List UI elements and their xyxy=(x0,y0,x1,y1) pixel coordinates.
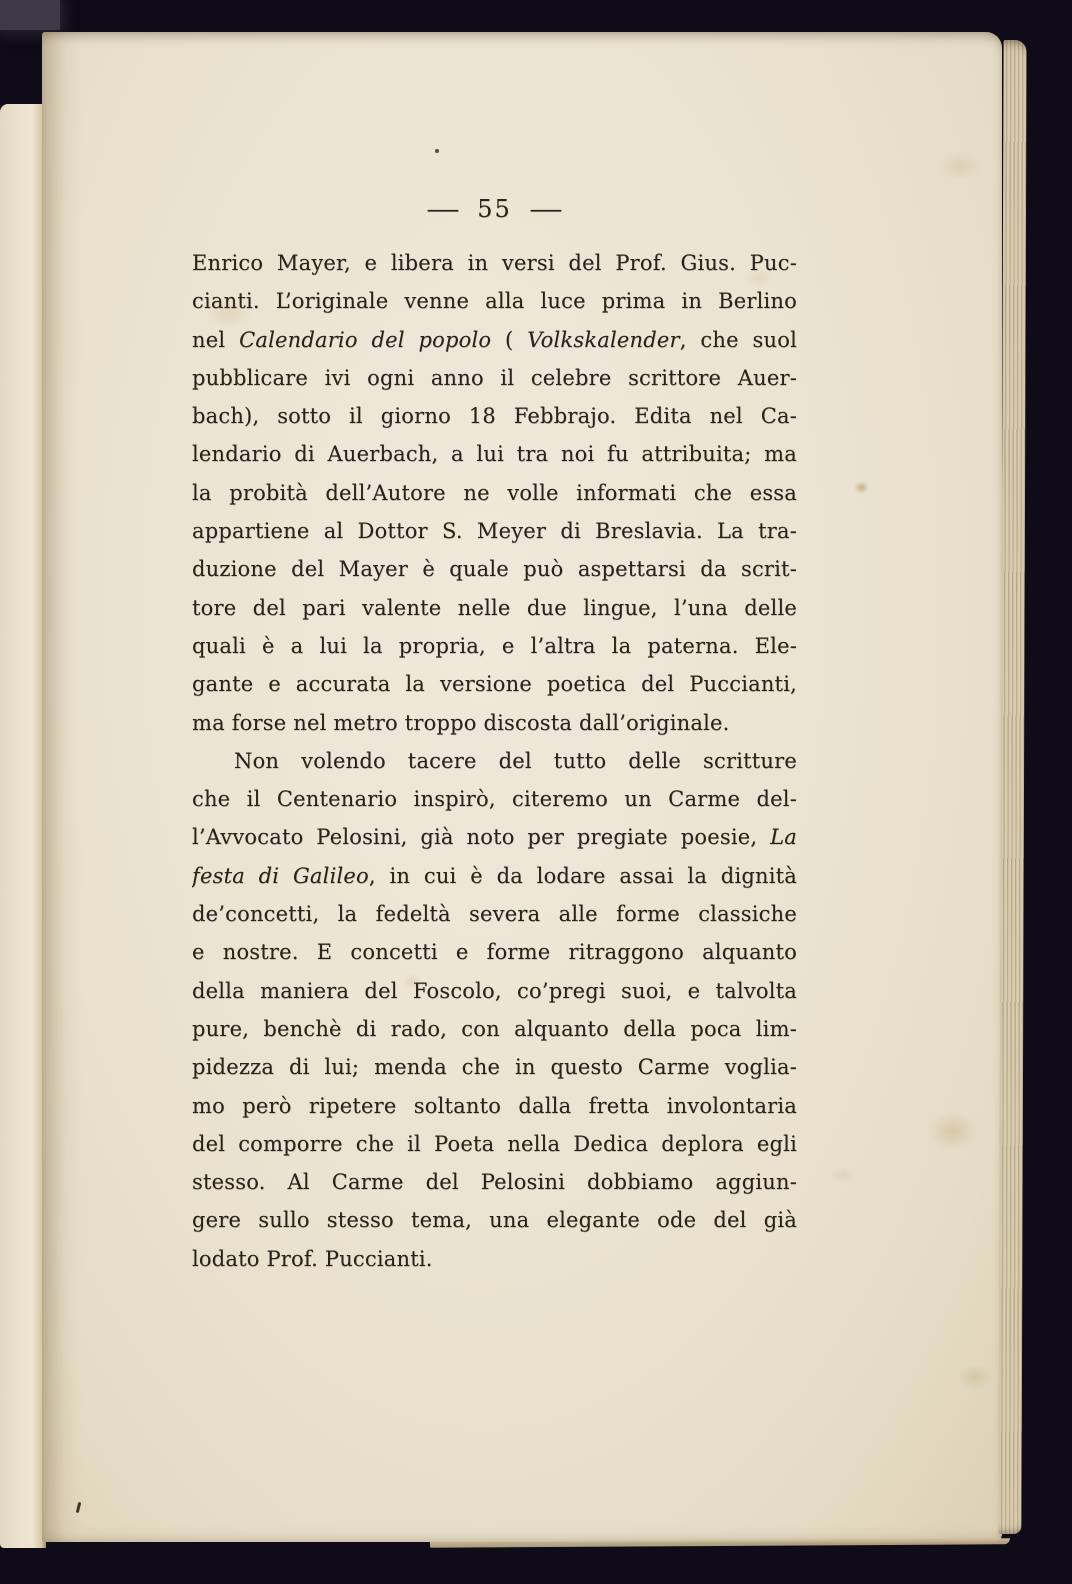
text-segment: ( xyxy=(491,328,527,352)
text-segment: quali è a lui la propria, e l’altra la p… xyxy=(192,634,797,658)
book-page: —55— Enrico Mayer, e libera in versi del… xyxy=(42,32,1002,1542)
page-body-text: Enrico Mayer, e libera in versi del Prof… xyxy=(192,244,797,1278)
book-scan: —55— Enrico Mayer, e libera in versi del… xyxy=(0,0,1072,1584)
text-segment: tore del pari valente nelle due lingue, … xyxy=(192,596,797,620)
page-number-left-dash: — xyxy=(426,194,460,224)
text-line-5: bach), sotto il giorno 18 Febbrajo. Edit… xyxy=(192,397,797,435)
text-line-2: cianti. L’originale venne alla luce prim… xyxy=(192,282,797,320)
text-line-9: duzione del Mayer è quale può aspettarsi… xyxy=(192,550,797,588)
text-line-19: e nostre. E concetti e forme ritraggono … xyxy=(192,933,797,971)
text-line-1: Enrico Mayer, e libera in versi del Prof… xyxy=(192,244,797,282)
page-number: —55— xyxy=(192,194,797,224)
facing-page-edge xyxy=(0,104,46,1548)
text-line-12: gante e accurata la versione poetica del… xyxy=(192,665,797,703)
text-segment: l’Avvocato Pelosini, già noto per pregia… xyxy=(192,825,770,849)
text-segment: lendario di Auerbach, a lui tra noi fu a… xyxy=(192,442,797,466)
text-segment: la probità dell’Autore ne volle informat… xyxy=(192,481,797,505)
text-line-25: stesso. Al Carme del Pelosini dobbiamo a… xyxy=(192,1163,797,1201)
text-line-18: de’concetti, la fedeltà severa alle form… xyxy=(192,895,797,933)
text-line-22: pidezza di lui; menda che in questo Carm… xyxy=(192,1048,797,1086)
text-segment: che il Centenario inspirò, citeremo un C… xyxy=(192,787,797,811)
text-segment: duzione del Mayer è quale può aspettarsi… xyxy=(192,557,797,581)
text-line-11: quali è a lui la propria, e l’altra la p… xyxy=(192,627,797,665)
text-segment: Non volendo tacere del tutto delle scrit… xyxy=(234,749,797,773)
text-line-21: pure, benchè di rado, con alquanto della… xyxy=(192,1010,797,1048)
text-segment: del comporre che il Poeta nella Dedica d… xyxy=(192,1132,797,1156)
text-line-16: l’Avvocato Pelosini, già noto per pregia… xyxy=(192,818,797,856)
text-segment: nel xyxy=(192,328,239,352)
text-segment: gere sullo stesso tema, una elegante ode… xyxy=(192,1208,797,1232)
text-segment: cianti. L’originale venne alla luce prim… xyxy=(192,289,797,313)
text-segment: pidezza di lui; menda che in questo Carm… xyxy=(192,1055,797,1079)
text-line-10: tore del pari valente nelle due lingue, … xyxy=(192,589,797,627)
italic-text-segment: Volkskalender xyxy=(527,328,680,352)
text-line-23: mo però ripetere soltanto dalla fretta i… xyxy=(192,1087,797,1125)
text-line-20: della maniera del Foscolo, co’pregi suoi… xyxy=(192,972,797,1010)
text-line-26: gere sullo stesso tema, una elegante ode… xyxy=(192,1201,797,1239)
text-line-4: pubblicare ivi ogni anno il celebre scri… xyxy=(192,359,797,397)
page-number-right-dash: — xyxy=(529,194,563,224)
italic-text-segment: festa di Galileo xyxy=(192,864,369,888)
text-segment: pubblicare ivi ogni anno il celebre scri… xyxy=(192,366,797,390)
text-segment: bach), sotto il giorno 18 Febbrajo. Edit… xyxy=(192,404,797,428)
italic-text-segment: Calendario del popolo xyxy=(239,328,491,352)
text-line-14: Non volendo tacere del tutto delle scrit… xyxy=(192,742,797,780)
text-segment: stesso. Al Carme del Pelosini dobbiamo a… xyxy=(192,1170,797,1194)
text-segment: , in cui è da lodare assai la dignità xyxy=(369,864,797,888)
italic-text-segment: La xyxy=(770,825,797,849)
text-line-8: appartiene al Dottor S. Meyer di Breslav… xyxy=(192,512,797,550)
text-line-17: festa di Galileo, in cui è da lodare ass… xyxy=(192,857,797,895)
text-segment: appartiene al Dottor S. Meyer di Breslav… xyxy=(192,519,797,543)
text-segment: pure, benchè di rado, con alquanto della… xyxy=(192,1017,797,1041)
text-line-24: del comporre che il Poeta nella Dedica d… xyxy=(192,1125,797,1163)
page-number-value: 55 xyxy=(477,194,512,224)
text-segment: lodato Prof. Puccianti. xyxy=(192,1247,433,1271)
text-line-6: lendario di Auerbach, a lui tra noi fu a… xyxy=(192,435,797,473)
text-segment: ma forse nel metro troppo discosta dall’… xyxy=(192,711,730,735)
text-line-13: ma forse nel metro troppo discosta dall’… xyxy=(192,704,797,742)
text-line-15: che il Centenario inspirò, citeremo un C… xyxy=(192,780,797,818)
page-edges-right xyxy=(998,40,1026,1534)
text-segment: gante e accurata la versione poetica del… xyxy=(192,672,797,696)
text-line-27: lodato Prof. Puccianti. xyxy=(192,1240,797,1278)
text-segment: Enrico Mayer, e libera in versi del Prof… xyxy=(192,251,797,275)
ink-dot xyxy=(435,149,439,153)
text-segment: mo però ripetere soltanto dalla fretta i… xyxy=(192,1094,797,1118)
text-line-7: la probità dell’Autore ne volle informat… xyxy=(192,474,797,512)
text-segment: , che suol xyxy=(680,328,797,352)
text-segment: de’concetti, la fedeltà severa alle form… xyxy=(192,902,797,926)
backdrop-corner-patch xyxy=(0,0,60,30)
text-line-3: nel Calendario del popolo ( Volkskalende… xyxy=(192,321,797,359)
text-segment: della maniera del Foscolo, co’pregi suoi… xyxy=(192,979,797,1003)
text-segment: e nostre. E concetti e forme ritraggono … xyxy=(192,940,797,964)
